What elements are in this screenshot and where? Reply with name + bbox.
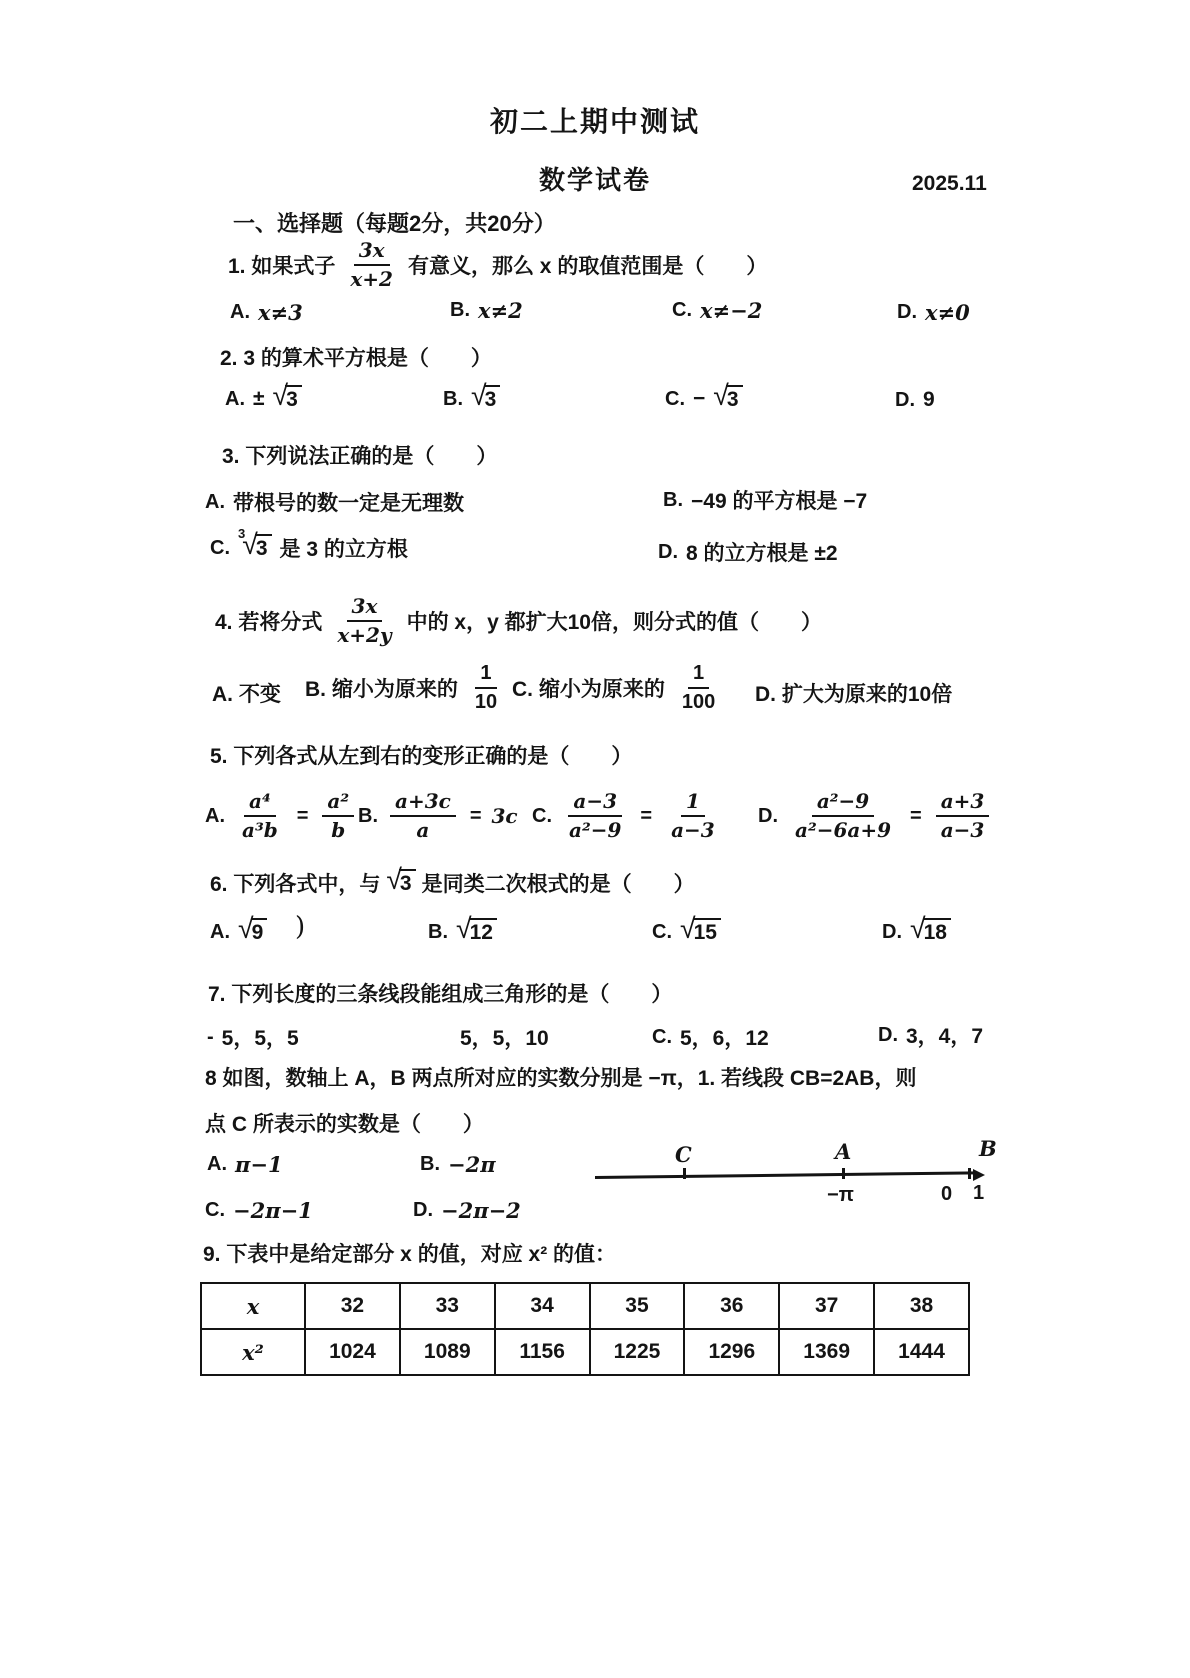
sqrt-radical: √9 [238,918,267,946]
q2-option-b: B. √3 [443,385,500,413]
exam-paper-page: 初二上期中测试 数学试卷 2025.11 一、选择题（每题2分，共20分） 1.… [0,0,1190,1678]
q2-option-d: D. 9 [895,388,935,412]
q9-values-table: x 32 33 34 35 36 37 38 x² 1024 1089 1156… [200,1282,970,1376]
question-7: 7. 下列长度的三条线段能组成三角形的是（ ） [208,978,672,1008]
q6-option-a: A. √9 [210,918,267,946]
tick-point-one [968,1168,971,1179]
q8-option-c: C. −2π−1 [205,1198,313,1223]
q3-option-c: C. 3√3 是 3 的立方根 [210,533,408,563]
table-row-x-squared: x² 1024 1089 1156 1225 1296 1369 1444 [201,1329,969,1375]
question-2: 2. 3 的算术平方根是（ ） [220,342,492,372]
table-cell: 1296 [684,1329,779,1375]
question-9: 9. 下表中是给定部分 x 的值，对应 x² 的值： [203,1238,616,1268]
q8-option-b: B. −2π [420,1152,496,1177]
zero-label: 0 [941,1183,952,1206]
sqrt-radical: √15 [680,918,721,946]
tick-point-a [842,1168,845,1179]
point-a-label: A [835,1139,851,1164]
q4-option-d: D. 扩大为原来的10倍 [755,678,952,708]
section-heading: 一、选择题（每题2分，共20分） [233,207,556,238]
q6-option-b: B. √12 [428,918,497,946]
point-c-label: C [675,1142,692,1167]
q4-fraction: 3x x+2y [332,595,396,647]
table-cell: 38 [874,1283,969,1329]
tick-point-c [683,1168,686,1179]
q6-option-d: D. √18 [882,918,951,946]
paper-subtitle: 数学试卷 [0,160,1190,197]
q3-option-d: D. 8 的立方根是 ±2 [658,537,838,567]
scan-artifact-mark: ) [295,912,305,942]
table-cell: 1225 [590,1329,685,1375]
sqrt-radical: √18 [910,918,951,946]
q5-option-d: D. a²−9 a²−6a+9 = a+3 a−3 [758,783,993,849]
q1-option-d: D. x≠0 [897,300,970,325]
table-cell: 1444 [874,1329,969,1375]
q5-option-a: A. a⁴ a³b = a² b [205,783,358,849]
q2-option-a: A. ± √3 [225,385,302,413]
table-cell: 34 [495,1283,590,1329]
point-b-label: B [979,1136,997,1161]
paper-date: 2025.11 [912,172,987,196]
q1-fraction-denominator: x+2 [345,266,398,291]
q1-option-b: B. x≠2 [450,298,523,323]
q4-option-a: A. 不变 [212,678,281,708]
q6-option-c: C. √15 [652,918,721,946]
q4-option-b: B. 缩小为原来的 1 10 [305,660,506,716]
number-line-axis [595,1171,977,1178]
table-cell: x² [201,1329,305,1375]
table-cell: 33 [400,1283,495,1329]
sqrt-radical: √3 [273,385,302,413]
neg-pi-label: −π [827,1184,854,1207]
table-cell: 36 [684,1283,779,1329]
q3-option-a: A. 带根号的数一定是无理数 [205,487,464,517]
table-cell: 1089 [400,1329,495,1375]
table-cell: 35 [590,1283,685,1329]
question-8-line1: 8 如图，数轴上 A，B 两点所对应的实数分别是 −π，1. 若线段 CB=2A… [205,1062,916,1092]
number-line-diagram: C A B −π 0 1 [595,1136,995,1210]
page-title: 初二上期中测试 [0,100,1190,140]
table-cell: 37 [779,1283,874,1329]
table-cell: 32 [305,1283,400,1329]
q5-option-c: C. a−3 a²−9 = 1 a−3 [532,783,724,849]
q1-option-c: C. x≠−2 [672,298,762,323]
q7-option-d: D. 3，4，7 [878,1020,983,1050]
q1-stem-pre: 1. 如果式子 [228,250,335,280]
question-3: 3. 下列说法正确的是（ ） [222,440,497,470]
question-5: 5. 下列各式从左到右的变形正确的是（ ） [210,740,632,770]
question-8-line2: 点 C 所表示的实数是（ ） [205,1108,484,1138]
q5-option-b: B. a+3c a = 3c [358,783,518,849]
q1-fraction: 3x x+2 [345,239,398,291]
q7-option-a: - 5，5，5 [207,1022,299,1052]
q4-stem-post: 中的 x，y 都扩大10倍，则分式的值（ ） [407,606,822,636]
sqrt-radical: √3 [471,385,500,413]
one-label: 1 [973,1182,984,1205]
q1-option-a: A. x≠3 [230,300,303,325]
q2-option-c: C. − √3 [665,385,743,413]
table-cell: 1024 [305,1329,400,1375]
question-6: 6. 下列各式中，与 √3 是同类二次根式的是（ ） [210,862,695,904]
table-row-x: x 32 33 34 35 36 37 38 [201,1283,969,1329]
number-line-arrow [973,1169,985,1181]
table-cell: 1369 [779,1329,874,1375]
question-1: 1. 如果式子 3x x+2 有意义，那么 x 的取值范围是（ ） [228,236,767,294]
q4-option-c: C. 缩小为原来的 1 100 [512,660,724,716]
q7-option-c: C. 5，6，12 [652,1022,769,1052]
q3-option-b: B. −49 的平方根是 −7 [663,485,867,515]
sqrt-radical: √3 [386,869,415,897]
sqrt-radical: √3 [713,385,742,413]
q1-fraction-numerator: 3x [354,239,390,266]
q8-option-a: A. π−1 [207,1152,283,1177]
cube-root-radical: 3√3 [238,534,272,562]
sqrt-radical: √12 [456,918,497,946]
q4-stem-pre: 4. 若将分式 [215,606,322,636]
q8-option-d: D. −2π−2 [413,1198,521,1223]
question-4: 4. 若将分式 3x x+2y 中的 x，y 都扩大10倍，则分式的值（ ） [215,590,822,652]
q1-stem-post: 有意义，那么 x 的取值范围是（ ） [408,250,767,280]
q7-option-b: 5，5，10 [452,1022,549,1052]
table-cell: 1156 [495,1329,590,1375]
table-cell: x [201,1283,305,1329]
